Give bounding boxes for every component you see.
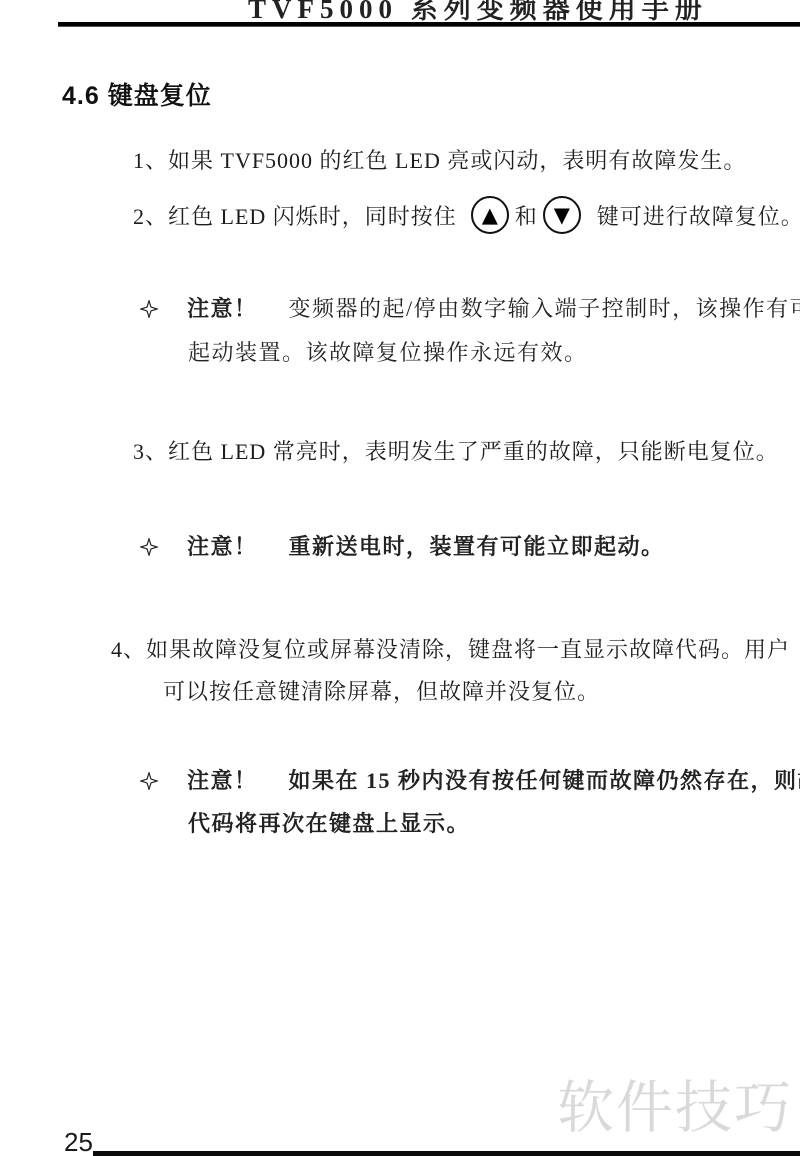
down-arrow-key-icon: ▼ xyxy=(543,196,581,234)
note-3-line-2: 代码将再次在键盘上显示。 xyxy=(188,807,470,838)
list-item-2-conjunction: 和 xyxy=(515,200,538,231)
list-item-2-post-text: 键可进行故障复位。 xyxy=(597,200,800,231)
list-item-4-line-1: 4、如果故障没复位或屏幕没清除，键盘将一直显示故障代码。用户 xyxy=(111,633,790,664)
watermark-text: 软件技巧 xyxy=(557,1062,793,1144)
manual-page: TVF5000 系列变频器使用手册 4.6 键盘复位 1、如果 TVF5000 … xyxy=(0,0,800,1156)
note-3-line-1: 注意！ 如果在 15 秒内没有按任何键而故障仍然存在，则故障 xyxy=(140,764,800,795)
list-item-3: 3、红色 LED 常亮时，表明发生了严重的故障，只能断电复位。 xyxy=(133,435,779,466)
header-divider-rule xyxy=(58,22,800,27)
list-item-4-line-2: 可以按任意键清除屏幕，但故障并没复位。 xyxy=(163,675,600,706)
note-1-line-2: 起动装置。该故障复位操作永远有效。 xyxy=(188,336,588,367)
note-1-line-1: 注意！ 变频器的起/停由数字输入端子控制时，该操作有可能 xyxy=(140,292,800,323)
down-arrow-glyph: ▼ xyxy=(554,205,570,226)
note-3-label: 注意！ xyxy=(187,768,258,793)
note-2-label: 注意！ xyxy=(187,534,258,559)
note-3-text-line-1: 如果在 15 秒内没有按任何键而故障仍然存在，则故障 xyxy=(289,768,800,793)
bottom-scan-bar xyxy=(93,1151,800,1156)
note-1-text-line-1: 变频器的起/停由数字输入端子控制时，该操作有可能 xyxy=(289,296,800,321)
list-item-2-pre-text: 2、红色 LED 闪烁时，同时按住 xyxy=(133,200,457,231)
four-pointed-star-icon xyxy=(140,772,158,790)
note-2-line-1: 注意！ 重新送电时，装置有可能立即起动。 xyxy=(140,530,665,561)
list-item-1: 1、如果 TVF5000 的红色 LED 亮或闪动，表明有故障发生。 xyxy=(133,144,746,175)
section-heading: 4.6 键盘复位 xyxy=(62,76,212,112)
up-arrow-key-icon: ▲ xyxy=(471,196,509,234)
list-item-2: 2、红色 LED 闪烁时，同时按住 ▲ 和 ▼ 键可进行故障复位。 xyxy=(133,194,800,236)
note-2-text: 重新送电时，装置有可能立即起动。 xyxy=(289,534,665,559)
four-pointed-star-icon xyxy=(140,300,158,318)
four-pointed-star-icon xyxy=(140,538,158,556)
up-arrow-glyph: ▲ xyxy=(482,205,498,226)
note-1-label: 注意！ xyxy=(187,296,258,321)
page-number: 25 xyxy=(64,1127,93,1156)
